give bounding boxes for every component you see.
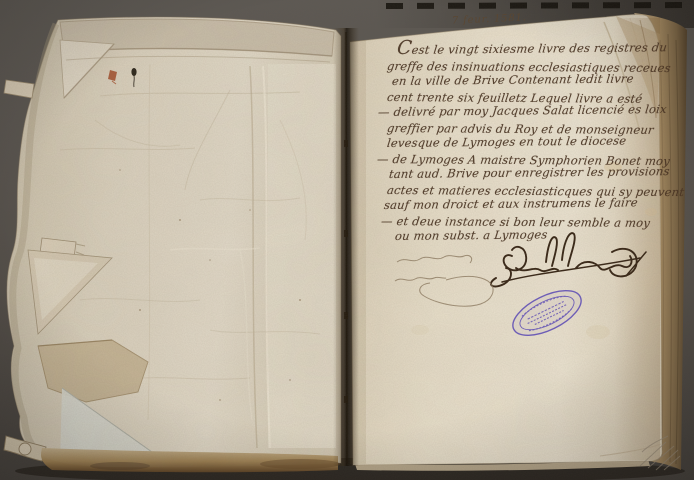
- handwriting-line: — delivré par moy Jacques Salat licencié…: [377, 102, 658, 120]
- handwriting-block: Cest le vingt sixiesme livre des registr…: [387, 41, 657, 245]
- handwriting-line: levesque de Lymoges en tout le diocese: [386, 133, 658, 151]
- handwriting-line: ou mon subst. a Lymoges: [394, 226, 658, 244]
- handwriting-line: sauf mon droict et aux instrumens le fai…: [383, 195, 658, 213]
- handwriting-line: Cest le vingt sixiesme livre des registr…: [396, 38, 658, 58]
- handwriting-line: tant aud. Brive pour enregistrer les pro…: [388, 164, 658, 182]
- handwriting-line: en la ville de Brive Contenant ledit liv…: [391, 71, 658, 89]
- manuscript-scan: 7 feur. 1581. Cest le vingt sixiesme liv…: [0, 0, 694, 480]
